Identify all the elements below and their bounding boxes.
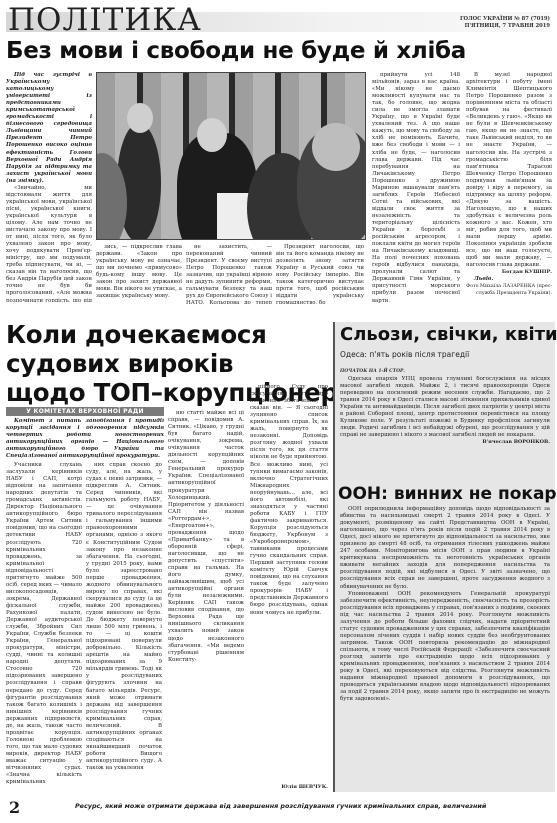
article1-column-6: В музеї народної архітектури і побуту ім…	[466, 72, 552, 310]
headline-line: судових вироків	[6, 349, 375, 378]
article4-body: ООН оприлюднила інформаційну доповідь що…	[340, 506, 550, 788]
article2-text-4: ційного Суду про скасування статті про н…	[250, 384, 328, 617]
article1-text-4: Президент наголосив, що він та його кома…	[276, 244, 364, 304]
issue-info: ГОЛОС УКРАЇНИ № 87 (7019) П'ЯТНИЦЯ, 7 ТР…	[460, 16, 550, 30]
article1-column-5: прийнути усі 148 мільйонів, зараз в нас …	[372, 72, 460, 304]
photo-figure	[312, 123, 360, 171]
pull-quote: Ресурс, який може отримати держава від з…	[75, 802, 486, 810]
article1-column-1: Під час зустрічі в Українському католиць…	[6, 72, 92, 302]
article1-text-2: зись, — підкреслив глава держави. «Закон…	[96, 244, 182, 300]
article1-place: Львів.	[466, 276, 552, 283]
article1-photo-credit: Фото Михаїла ЛАЗАРЕНКА (прес-служба През…	[466, 283, 552, 297]
article4-headline: ООН: винних не покарано	[338, 484, 557, 504]
article1-lead: Під час зустрічі в Українському католиць…	[6, 72, 92, 185]
page-number: 2	[9, 798, 20, 817]
article3-subheadline: Одеса: п'ять років після трагедії	[340, 350, 469, 359]
article2-lead: Комітет з питань запобігання і протидії …	[6, 418, 164, 458]
article1-column-3: не захистить, — переконаний чинний Прези…	[186, 244, 272, 304]
issue-number: ГОЛОС УКРАЇНИ № 87 (7019)	[460, 16, 550, 23]
article1-text-3: не захистить, — переконаний чинний Прези…	[186, 244, 272, 304]
article1-text-6: В музеї народної архітектури і побуту ім…	[466, 72, 552, 269]
article2-rubric: У КОМІТЕТАХ ВЕРХОВНОЇ РАДИ	[6, 407, 164, 416]
article2-author: Юлія ШЕВЧУК.	[250, 784, 328, 791]
article2-text-1: Учасники слухань заслухали керівників НА…	[6, 462, 82, 786]
article1-text-1: «Звичайно, ми відстоювали життя для укра…	[6, 185, 92, 302]
section-title: ПОЛІТИКА	[8, 2, 202, 38]
article2-column-3: ню статті майже всі ці справи, — повідом…	[168, 410, 244, 792]
headline-line: Коли дочекаємося	[6, 320, 375, 349]
article1-photo	[96, 72, 366, 240]
article2-text-2: них справ скоєно до суду, але, на жаль, …	[86, 462, 162, 772]
article1-column-4: Президент наголосив, що він та його кома…	[276, 244, 364, 304]
article3-continued-label: ПОЧАТОК НА 1-Й СТОР.	[340, 369, 405, 374]
article4-text-1: ООН оприлюднила інформаційну доповідь що…	[340, 506, 550, 591]
article2-column-4: ційного Суду про скасування статті про н…	[250, 384, 328, 782]
article2-author-block: Юлія ШЕВЧУК.	[250, 784, 328, 792]
article1-column-2: зись, — підкреслив глава держави. «Закон…	[96, 244, 182, 304]
article2-column-2: них справ скоєно до суду, але, на жаль, …	[86, 462, 162, 792]
article2-column-1: Учасники слухань заслухали керівників НА…	[6, 462, 82, 792]
article1-text-5: прийнути усі 148 мільйонів, зараз в нас …	[372, 72, 460, 304]
article1-author: Богдан КУШНІР.	[466, 269, 552, 276]
article4-text-2: Уповноважені ООН рекомендують Генеральні…	[340, 591, 550, 704]
article3-text: Одеська епархія УПЦ провела глумливі бог…	[340, 376, 550, 439]
page-footer: 2 Ресурс, який може отримати держава від…	[0, 796, 557, 823]
article2-lead-block: Комітет з питань запобігання і протидії …	[6, 418, 164, 458]
article3-author: В'ячеслав ВОРОНКОВ.	[340, 439, 550, 446]
article3-headline: Сльози, свічки, квіти...	[340, 324, 557, 345]
article1-headline: Без мови і свободи не буде й хліба	[6, 38, 466, 64]
photo-figure	[197, 118, 227, 152]
issue-date: П'ЯТНИЦЯ, 7 ТРАВНЯ 2019	[460, 23, 550, 30]
photo-figure	[127, 103, 153, 133]
article3-body: Одеська епархія УПЦ провела глумливі бог…	[340, 376, 550, 472]
article2-text-3: ню статті майже всі ці справи, — повідом…	[168, 410, 244, 664]
masthead: ПОЛІТИКА ГОЛОС УКРАЇНИ № 87 (7019) П'ЯТН…	[0, 0, 557, 36]
